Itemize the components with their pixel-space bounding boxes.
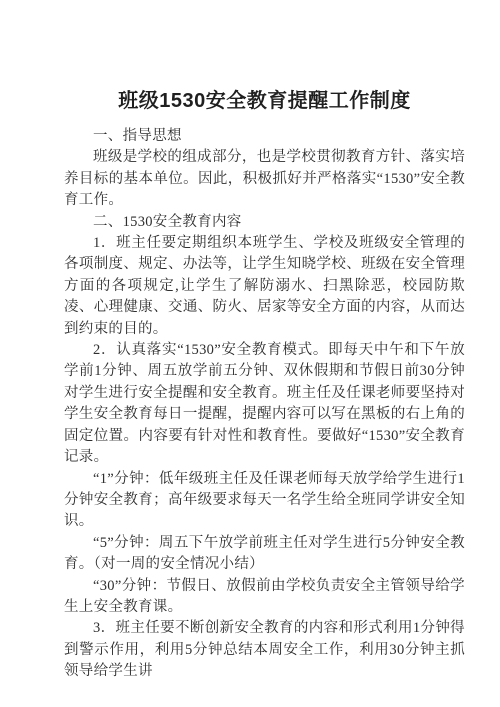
paragraph: 2．认真落实“1530”安全教育模式。即每天中午和下午放学前1分钟、周五放学前五… <box>64 340 465 468</box>
document-body: 一、指导思想 班级是学校的组成部分，也是学校贯彻教育方针、落实培养目标的基本单位… <box>64 126 465 683</box>
document-page: 班级1530安全教育提醒工作制度 一、指导思想 班级是学校的组成部分，也是学校贯… <box>0 0 500 707</box>
paragraph: 1．班主任要定期组织本班学生、学校及班级安全管理的各项制度、规定、办法等，让学生… <box>64 233 465 340</box>
paragraph: “5”分钟：周五下午放学前班主任对学生进行5分钟安全教育。（对一周的安全情况小结… <box>64 533 465 576</box>
page-title: 班级1530安全教育提醒工作制度 <box>64 88 465 115</box>
paragraph: 班级是学校的组成部分，也是学校贯彻教育方针、落实培养目标的基本单位。因此，积极抓… <box>64 147 465 211</box>
paragraph: “30”分钟：节假日、放假前由学校负责安全主管领导给学生上安全教育课。 <box>64 576 465 619</box>
paragraph: “1”分钟：低年级班主任及任课老师每天放学给学生进行1分钟安全教育；高年级要求每… <box>64 469 465 533</box>
paragraph: 3．班主任要不断创新安全教育的内容和形式利用1分钟得到警示作用，利用5分钟总结本… <box>64 618 465 682</box>
paragraph-heading-1: 一、指导思想 <box>64 126 465 147</box>
paragraph-heading-2: 二、1530安全教育内容 <box>64 212 465 233</box>
